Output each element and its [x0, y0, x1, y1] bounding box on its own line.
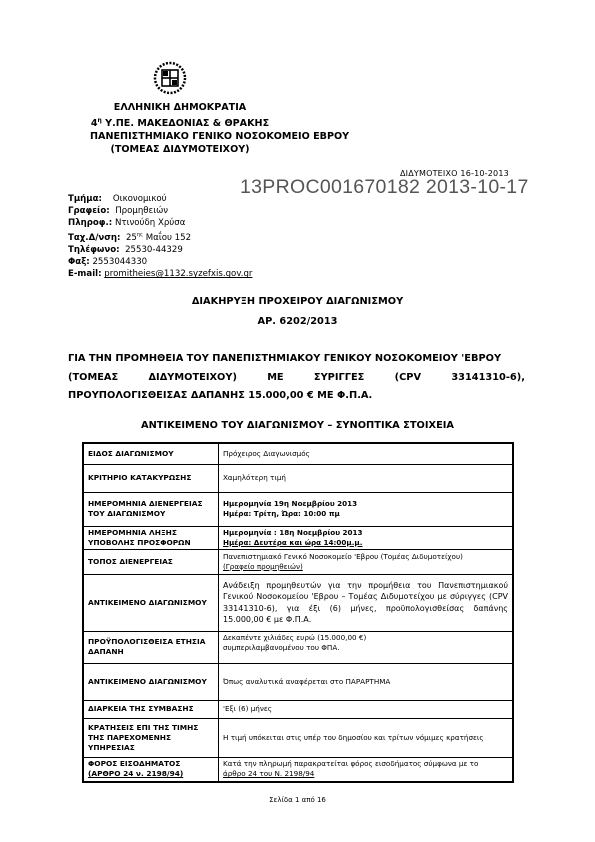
header-line-2: 4η Υ.ΠΕ. ΜΑΚΕΔΟΝΙΑΣ & ΘΡΑΚΗΣ [60, 114, 300, 130]
header-line-3: ΠΑΝΕΠΙΣΤΗΜΙΑΚΟ ΓΕΝΙΚΟ ΝΟΣΟΚΟΜΕΙΟ ΕΒΡΟΥ [90, 130, 300, 143]
table-row: ΤΟΠΟΣ ΔΙΕΝΕΡΓΕΙΑΣ Πανεπιστημιακό Γενικό … [83, 549, 513, 574]
row-value: Πανεπιστημιακό Γενικό Νοσοκομείο 'Εβρου … [219, 549, 514, 574]
row-value: 'Εξι (6) μήνες [219, 700, 514, 718]
phone-row: Τηλέφωνο: 25530-44329 [68, 244, 252, 256]
address-row: Ταχ.Δ/νση: 25ης Μαΐου 152 [68, 229, 252, 244]
email-link[interactable]: promitheies@1132.syzefxis.gov.gr [104, 269, 252, 279]
email-row: E-mail: promitheies@1132.syzefxis.gov.gr [68, 268, 252, 280]
fax-row: Φαξ: 2553044330 [68, 256, 252, 268]
row-value: Ημερομηνία : 18η Νοεμβρίου 2013Ημέρα: Δε… [219, 526, 514, 549]
header-line-4: (ΤΟΜΕΑΣ ΔΙΔΥΜΟΤΕΙΧΟΥ) [60, 143, 300, 156]
table-row: ΚΡΙΤΗΡΙΟ ΚΑΤΑΚΥΡΩΣΗΣ Χαμηλότερη τιμή [83, 464, 513, 492]
subject-paragraph: ΓΙΑ ΤΗΝ ΠΡΟΜΗΘΕΙΑ ΤΟΥ ΠΑΝΕΠΙΣΤΗΜΙΑΚΟΥ ΓΕ… [68, 350, 525, 406]
table-row: ΑΝΤΙΚΕΙΜΕΝΟ ΔΙΑΓΩΝΙΣΜΟΥ Ανάδειξη προμηθε… [83, 574, 513, 631]
table-row: ΑΝΤΙΚΕΙΜΕΝΟ ΔΙΑΓΩΝΙΣΜΟΥ Όπως αναλυτικά α… [83, 663, 513, 700]
department-row: Τμήμα: Οικονομικού [68, 193, 252, 205]
row-value: Όπως αναλυτικά αναφέρεται στο ΠΑΡΑΡΤΗΜΑ [219, 663, 514, 700]
row-value: Πρόχειρος Διαγωνισμός [219, 443, 514, 464]
subject-line-3: ΠΡΟΥΠΟΛΟΓΙΣΘΕΙΣΑΣ ΔΑΠΑΝΗΣ 15.000,00 € ΜΕ… [68, 387, 525, 406]
greek-emblem-icon [152, 60, 188, 96]
page-number: Σελίδα 1 από 16 [0, 796, 595, 804]
table-row: ΦΟΡΟΣ ΕΙΣΟΔΗΜΑΤΟΣ(ΑΡΘΡΟ 24 ν. 2198/94) Κ… [83, 757, 513, 782]
table-row: ΔΙΑΡΚΕΙΑ ΤΗΣ ΣΥΜΒΑΣΗΣ 'Εξι (6) μήνες [83, 700, 513, 718]
row-value: Ανάδειξη προμηθευτών για την προμήθεια τ… [219, 574, 514, 631]
section-title: ΑΝΤΙΚΕΙΜΕΝΟ ΤΟΥ ΔΙΑΓΩΝΙΣΜΟΥ – ΣΥΝΟΠΤΙΚΑ … [60, 420, 535, 431]
row-label: ΠΡΟΫΠΟΛΟΓΙΣΘΕΙΣΑ ΕΤΗΣΙΑ ΔΑΠΑΝΗ [83, 631, 219, 663]
row-value: Κατά την πληρωμή παρακρατείται φόρος εισ… [219, 757, 514, 782]
header-line-1: ΕΛΛΗΝΙΚΗ ΔΗΜΟΚΡΑΤΙΑ [60, 101, 300, 114]
row-label: ΑΝΤΙΚΕΙΜΕΝΟ ΔΙΑΓΩΝΙΣΜΟΥ [83, 663, 219, 700]
row-value: Η τιμή υπόκειται στις υπέρ του δημοσίου … [219, 718, 514, 757]
table-row: ΗΜΕΡΟΜΗΝΙΑ ΔΙΕΝΕΡΓΕΙΑΣ ΤΟΥ ΔΙΑΓΩΝΙΣΜΟΥ Η… [83, 492, 513, 526]
row-label: ΚΡΑΤΗΣΕΙΣ ΕΠΙ ΤΗΣ ΤΙΜΗΣ ΤΗΣ ΠΑΡΕΧΟΜΕΝΗΣ … [83, 718, 219, 757]
row-label: ΗΜΕΡΟΜΗΝΙΑ ΛΗΞΗΣ ΥΠΟΒΟΛΗΣ ΠΡΟΣΦΟΡΩΝ [83, 526, 219, 549]
row-value: Χαμηλότερη τιμή [219, 464, 514, 492]
row-label: ΕΙΔΟΣ ΔΙΑΓΩΝΙΣΜΟΥ [83, 443, 219, 464]
table-row: ΗΜΕΡΟΜΗΝΙΑ ΛΗΞΗΣ ΥΠΟΒΟΛΗΣ ΠΡΟΣΦΟΡΩΝ Ημερ… [83, 526, 513, 549]
document-title: ΔΙΑΚΗΡΥΞΗ ΠΡΟΧΕΙΡΟΥ ΔΙΑΓΩΝΙΣΜΟΥ [60, 296, 535, 307]
document-id: 13PROC001670182 2013-10-17 [240, 176, 529, 199]
office-row: Γραφείο: Προμηθειών [68, 205, 252, 217]
row-label: ΔΙΑΡΚΕΙΑ ΤΗΣ ΣΥΜΒΑΣΗΣ [83, 700, 219, 718]
row-label: ΦΟΡΟΣ ΕΙΣΟΔΗΜΑΤΟΣ(ΑΡΘΡΟ 24 ν. 2198/94) [83, 757, 219, 782]
row-label: ΗΜΕΡΟΜΗΝΙΑ ΔΙΕΝΕΡΓΕΙΑΣ ΤΟΥ ΔΙΑΓΩΝΙΣΜΟΥ [83, 492, 219, 526]
subject-line-2: (ΤΟΜΕΑΣ ΔΙΔΥΜΟΤΕΙΧΟΥ) ΜΕ ΣΥΡΙΓΓΕΣ (CPV 3… [68, 369, 525, 388]
row-label: ΚΡΙΤΗΡΙΟ ΚΑΤΑΚΥΡΩΣΗΣ [83, 464, 219, 492]
subject-line-1: ΓΙΑ ΤΗΝ ΠΡΟΜΗΘΕΙΑ ΤΟΥ ΠΑΝΕΠΙΣΤΗΜΙΑΚΟΥ ΓΕ… [68, 350, 525, 369]
table-row: ΠΡΟΫΠΟΛΟΓΙΣΘΕΙΣΑ ΕΤΗΣΙΑ ΔΑΠΑΝΗ Δεκαπέντε… [83, 631, 513, 663]
table-row: ΕΙΔΟΣ ΔΙΑΓΩΝΙΣΜΟΥ Πρόχειρος Διαγωνισμός [83, 443, 513, 464]
info-row: Πληροφ.: Ντινούδη Χρύσα [68, 217, 252, 229]
document-number: ΑΡ. 6202/2013 [60, 316, 535, 327]
contact-info: Τμήμα: Οικονομικού Γραφείο: Προμηθειών Π… [68, 193, 252, 281]
table-row: ΚΡΑΤΗΣΕΙΣ ΕΠΙ ΤΗΣ ΤΙΜΗΣ ΤΗΣ ΠΑΡΕΧΟΜΕΝΗΣ … [83, 718, 513, 757]
issuer-header: ΕΛΛΗΝΙΚΗ ΔΗΜΟΚΡΑΤΙΑ 4η Υ.ΠΕ. ΜΑΚΕΔΟΝΙΑΣ … [60, 101, 300, 156]
row-value: Ημερομηνία 19η Νοεμβρίου 2013Ημέρα: Τρίτ… [219, 492, 514, 526]
summary-table: ΕΙΔΟΣ ΔΙΑΓΩΝΙΣΜΟΥ Πρόχειρος Διαγωνισμός … [82, 442, 514, 783]
row-value: Δεκαπέντε χιλιάδες ευρώ (15.000,00 €)συμ… [219, 631, 514, 663]
row-label: ΑΝΤΙΚΕΙΜΕΝΟ ΔΙΑΓΩΝΙΣΜΟΥ [83, 574, 219, 631]
row-label: ΤΟΠΟΣ ΔΙΕΝΕΡΓΕΙΑΣ [83, 549, 219, 574]
